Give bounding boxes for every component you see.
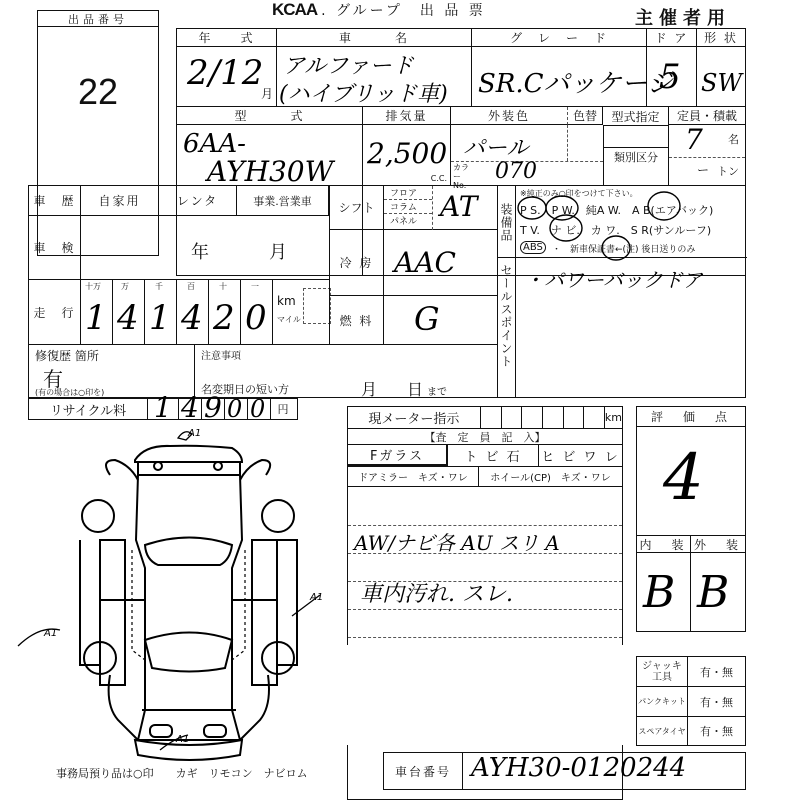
sheet-title: . グループ 出 品 票 [321,0,486,20]
mileage-digit-cell: 一0 [241,280,273,344]
chip-label[interactable]: ト ビ 石 [448,445,539,466]
recycle-digit: 0 [227,395,242,423]
interior-grade-value: B [643,567,675,618]
doors-label: ド ア [647,29,697,47]
model-label: 型 式 [177,107,363,125]
chassis-number-label: 車台番号 [384,753,463,789]
history-option-rental[interactable]: レンタ [159,186,237,216]
category-label: 類別区分 [604,148,668,166]
inspector-comment-line2: 車内汚れ. スレ. [360,577,513,608]
displacement-field: 2,500 C.C. [363,125,451,185]
model-line2: AYH30W [207,155,333,188]
history-label: 車 歴 [29,186,81,216]
shift-field: フロア コラム パネル AT [384,186,498,230]
inspection-field: 年 月 [81,216,329,280]
grade-value: SR.Cパッケージ [478,63,673,100]
grade-label: グ レ ー ド [472,29,647,47]
notes-label: 注意事項 [201,347,241,362]
capacity-field: 7 名 ー トン [669,125,745,185]
score-value: 4 [663,441,704,515]
type-designation-field: 類別区分 [603,125,669,185]
fuel-field: G [384,296,498,344]
office-items-label: 事務局預り品は○印 カギ リモコン ナビロム [56,765,308,781]
recycle-digit: 0 [250,395,265,423]
capacity-value: 7 [685,123,703,156]
ac-value: AAC [394,246,456,279]
color-change-label: 色替 [567,107,603,125]
interior-grade-field: B [637,553,691,631]
accessory-value[interactable]: 有・無 [688,687,745,716]
ac-label: 冷 房 [330,230,384,296]
shift-option-floor[interactable]: フロア [390,186,417,199]
drivetrain-block: シフト フロア コラム パネル AT 冷 房 AAC 燃 料 G [329,186,497,344]
fuel-label: 燃 料 [330,296,384,344]
mileage-digit-cell: 百4 [177,280,209,344]
sheet-header: KCAA . グループ 出 品 票 [272,0,486,20]
accessories-block: ジャッキ 工具 有・無 パンクキット 有・無 スペアタイヤ 有・無 [636,656,746,746]
sales-points-block: セールスポイント ・パワーバックドア [497,258,747,397]
capacity-unit: 名 [728,131,739,147]
body-type-value: SW [701,69,742,97]
equipment-circle-marks [498,186,748,258]
load-value: ー [697,161,709,178]
displacement-value: 2,500 [367,137,447,170]
recycle-fee-label: リサイクル料 [29,399,148,419]
meter-reading-label: 現メーター指示 [348,407,481,428]
mileage-digit-cell: 千1 [145,280,177,344]
crack-label[interactable]: ヒ ビ ワ レ [539,445,622,466]
mileage-unit-cell: km マイル [273,280,329,344]
history-option-commercial[interactable]: 事業.営業車 [237,186,329,216]
chassis-number-value: AYH30-0120244 [471,753,686,783]
meter-reading-row: 現メーター指示 km [348,407,622,429]
damage-mark: A1 [43,628,57,639]
wheel-label[interactable]: ホイール(CP) キズ・ワレ [479,467,622,486]
exterior-grade-field: B [691,553,745,631]
car-name-line1: アルファード [283,49,414,80]
accessory-row: パンクキット 有・無 [637,687,745,717]
deadline-day: 日 [407,377,423,400]
shift-option-column[interactable]: コラム [390,200,417,213]
inspection-label: 車 検 [29,216,81,280]
displacement-label: 排気量 [363,107,451,125]
inspector-section-label: 【査 定 員 記 入】 [348,429,622,445]
lot-number: 22 [38,71,158,113]
inspection-month: 月 [269,238,287,264]
car-damage-diagram: A1 A1 A1 A1 [0,420,340,760]
exterior-color-label: 外装色 [451,107,567,125]
brand-logo: KCAA [272,0,317,20]
year-label: 年 式 [177,29,277,47]
chassis-number-field: 車台番号 AYH30-0120244 [383,752,746,790]
type-designation-label: 型式指定 [603,107,669,125]
deadline-until: まで [427,383,447,398]
mile-checkbox[interactable] [303,288,331,324]
displacement-unit: C.C. [431,174,447,183]
grade-field: SR.Cパッケージ [472,47,647,107]
fuel-value: G [414,300,440,338]
km-label: km [277,294,296,308]
year-value: 2/12 [187,53,263,93]
score-block: 評 価 点 4 内 装 外 装 B B [636,406,746,632]
door-mirror-label[interactable]: ドアミラー キズ・ワレ [348,467,479,486]
notes-field: 注意事項 名変期日の短い方 月 日 まで [195,344,497,397]
car-name-label: 車 名 [277,29,472,47]
shift-value: AT [440,190,477,223]
car-name-line2: (ハイブリッド車) [279,77,448,108]
front-glass-label[interactable]: Fガラス [348,445,448,466]
ac-field: AAC [384,230,498,296]
glass-row: Fガラス ト ビ 石 ヒ ビ ワ レ [348,445,622,467]
body-type-label: 形 状 [697,29,745,47]
inspection-year: 年 [191,238,209,264]
accessory-value[interactable]: 有・無 [688,657,745,686]
equipment-block: 装備品 ※純正のみ○印をつけて下さい。 P S. P W. 純A W. A B(… [497,186,747,258]
inspector-comment-line1: AW/ナビ各 AU スリ A [354,527,560,556]
doors-field: 5 [647,47,697,107]
shift-option-panel[interactable]: パネル [390,214,417,227]
body-type-field: SW [697,47,745,107]
interior-label: 内 装 [637,535,691,553]
exterior-label: 外 装 [691,535,745,553]
year-field: 2/12 月 [177,47,277,107]
score-label: 評 価 点 [637,407,745,427]
mileage-label: 走 行 [29,280,81,344]
shift-label: シフト [330,186,384,230]
load-unit: トン [717,163,739,179]
accessory-row: スペアタイヤ 有・無 [637,717,745,745]
month-suffix: 月 [261,85,273,102]
damage-mark: A1 [309,592,323,603]
history-block: 車 歴 自家用 レンタ 事業.営業車 車 検 年 月 走 行 十万1 万4 千1… [28,185,746,398]
accessory-value[interactable]: 有・無 [688,717,745,745]
mileage-field: 十万1 万4 千1 百4 十2 一0 km マイル [81,280,329,344]
mirror-wheel-row: ドアミラー キズ・ワレ ホイール(CP) キズ・ワレ [348,467,622,487]
accessory-label: パンクキット [637,687,688,716]
doors-value: 5 [659,57,681,97]
capacity-label: 定員・積載 [669,107,745,125]
recycle-fee-unit: 円 [271,399,297,419]
meter-unit: km [605,407,622,428]
mileage-digit-cell: 十万1 [81,280,113,344]
accessory-label: スペアタイヤ [637,717,688,745]
repair-history-field: 修復歴 箇所 有 (有の場合は○印を) [29,344,195,397]
history-option-private[interactable]: 自家用 [81,186,159,216]
exterior-color-field: パール カラー No. 070 [451,125,603,185]
organizer-label: 主催者用 [635,4,731,30]
exterior-grade-value: B [697,567,729,618]
recycle-fee-field: リサイクル料 1 4 9 0 0 円 [28,398,298,420]
mileage-digit-cell: 万4 [113,280,145,344]
color-value: パール [463,131,529,162]
repair-history-label: 修復歴 箇所 [35,347,99,364]
deadline-month: 月 [361,377,377,400]
damage-mark: A1 [187,428,201,439]
color-no-value: 070 [495,159,537,184]
lot-number-label: 出品番号 [38,11,158,27]
mile-label: マイル [277,314,301,325]
accessory-label: ジャッキ 工具 [637,657,688,686]
repair-history-note: (有の場合は○印を) [35,387,104,398]
mileage-digit-cell: 十2 [209,280,241,344]
sales-points-label: セールスポイント [498,258,516,397]
sales-points-text: ・パワーバックドア [524,264,702,293]
car-name-field: アルファード (ハイブリッド車) [277,47,472,107]
damage-mark: A1 [175,734,189,745]
accessory-row: ジャッキ 工具 有・無 [637,657,745,687]
